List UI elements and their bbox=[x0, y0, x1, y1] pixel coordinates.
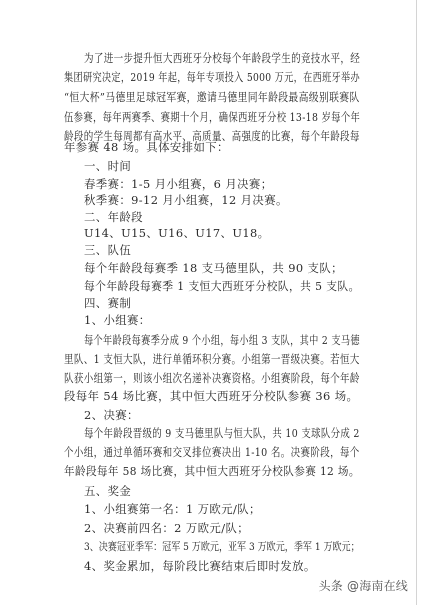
group-stage-title: 1、小组赛： bbox=[84, 313, 151, 327]
section-heading-age: 二、年龄段 bbox=[84, 210, 143, 224]
madrid-teams-line: 每个年龄段每赛季 18 支马德里队，共 90 支队； bbox=[84, 261, 343, 275]
group-stage-line: 段每年 54 场比赛，其中恒大西班牙分校队参赛 36 场。 bbox=[64, 389, 358, 403]
finals-title: 2、决赛： bbox=[84, 408, 139, 422]
intro-line: 集团研究决定，2019 年起，每年专项投入 5000 万元，在西班牙举办 bbox=[64, 70, 360, 84]
group-stage-line: 队获小组第一，则该小组次名递补决赛资格。小组赛阶段，每个年龄 bbox=[64, 371, 360, 385]
watermark-label: 头条 @海南在线 bbox=[319, 577, 408, 594]
evergrande-teams-line: 每个年龄段每赛季 1 支恒大西班牙分校队，共 5 支队。 bbox=[84, 279, 360, 293]
finals-line: 年龄段每年 58 场比赛，其中恒大西班牙分校队参赛 12 场。 bbox=[64, 464, 360, 478]
group-stage-line: 每个年龄段每赛季分成 9 个小组，每小组 3 支队，其中 2 支马德 bbox=[84, 333, 360, 347]
intro-line: “恒大杯”马德里足球冠军赛，邀请马德里同年龄段最高级别联赛队 bbox=[64, 90, 360, 104]
autumn-season-line: 秋季赛：9-12 月小组赛，12 月决赛。 bbox=[84, 193, 288, 207]
prize-item: 1、小组赛第一名：1 万欧元/队； bbox=[84, 502, 261, 516]
intro-line: 年参赛 48 场。具体安排如下： bbox=[64, 140, 229, 154]
intro-line: 伍参赛，每年两赛季、赛期十个月，确保西班牙分校 13-18 岁每个年 bbox=[64, 110, 360, 124]
page-edge-divider bbox=[416, 0, 417, 605]
section-heading-teams: 三、队伍 bbox=[84, 243, 131, 257]
spring-season-line: 春季赛：1-5 月小组赛，6 月决赛； bbox=[84, 177, 273, 191]
finals-line: 个小组，通过单循环赛和交叉排位赛决出 1-10 名。决赛阶段，每个 bbox=[64, 445, 360, 459]
section-heading-time: 一、时间 bbox=[84, 159, 131, 173]
prize-item: 3、决赛冠亚季军：冠军 5 万欧元，亚军 3 万欧元，季军 1 万欧元； bbox=[84, 540, 360, 554]
intro-line: 为了进一步提升恒大西班牙分校每个年龄段学生的竞技水平，经 bbox=[84, 51, 360, 65]
finals-line: 每个年龄段晋级的 9 支马德里队与恒大队，共 10 支球队分成 2 bbox=[84, 426, 360, 440]
section-heading-prize: 五、奖金 bbox=[84, 484, 131, 498]
age-groups-line: U14、U15、U16、U17、U18。 bbox=[84, 226, 269, 240]
group-stage-line: 里队、1 支恒大队，进行单循环积分赛。小组第一晋级决赛。若恒大 bbox=[64, 352, 360, 366]
section-heading-format: 四、赛制 bbox=[84, 296, 131, 310]
prize-item: 2、决赛前四名：2 万欧元/队； bbox=[84, 521, 249, 535]
prize-item: 4、奖金累加，每阶段比赛结束后即时发放。 bbox=[84, 559, 316, 573]
